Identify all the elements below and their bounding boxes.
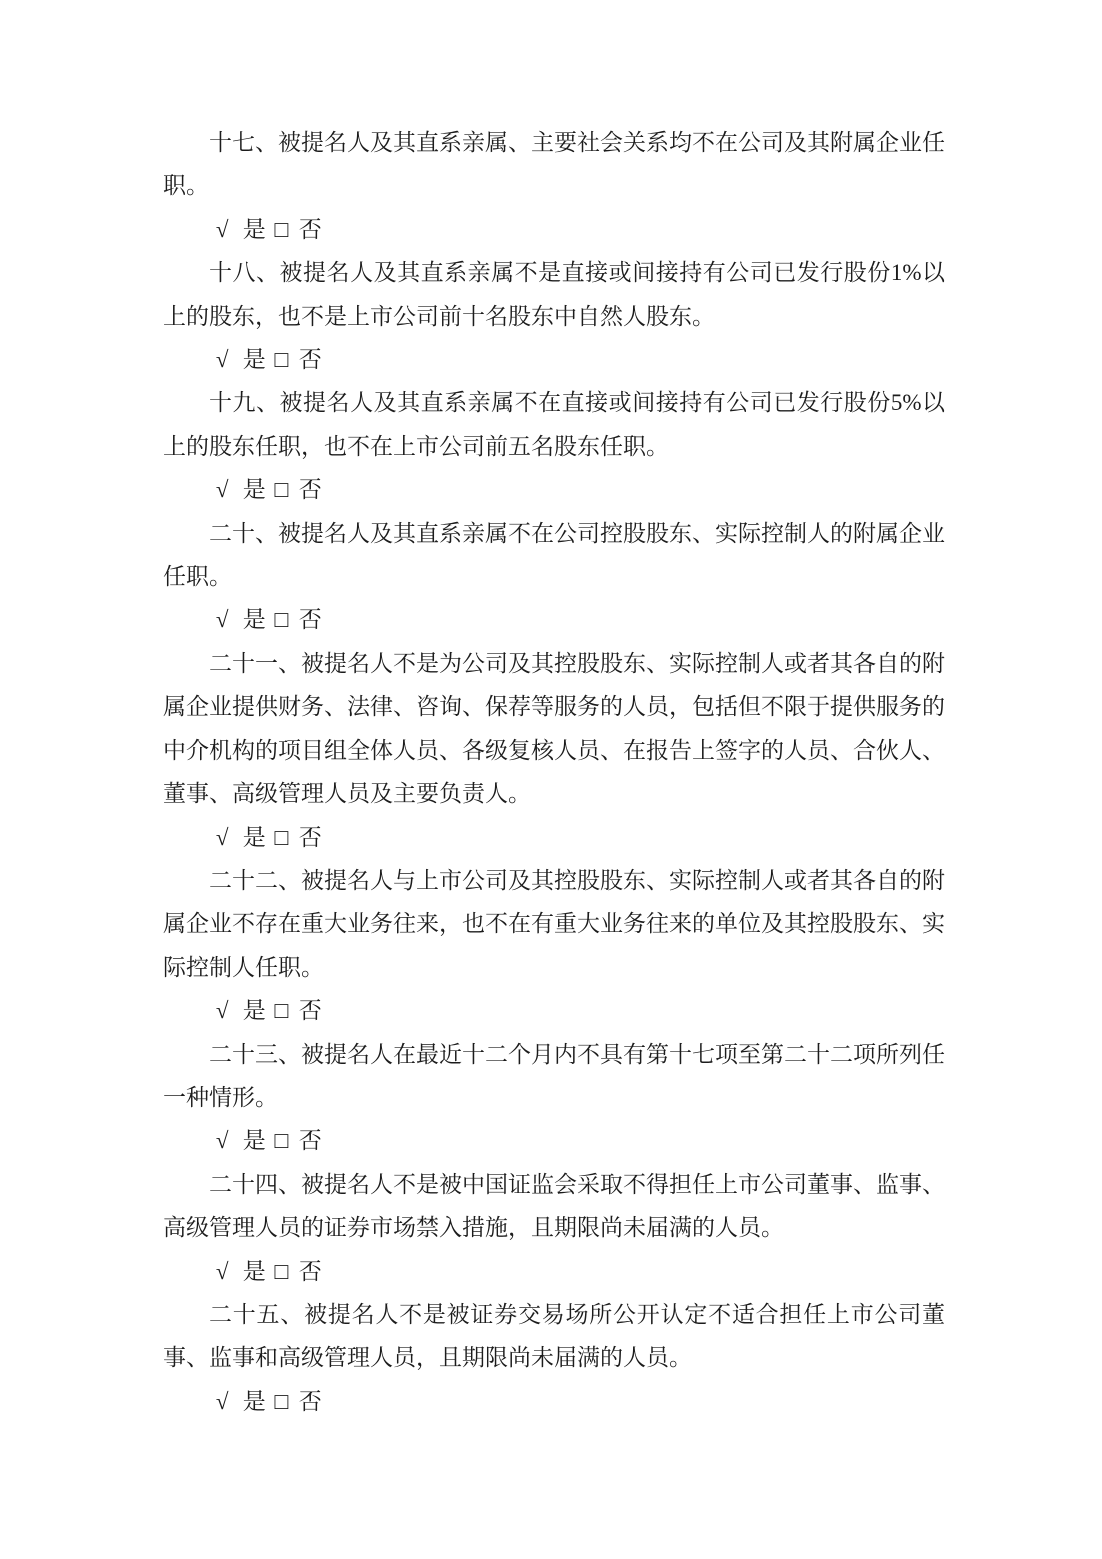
no-checkbox-icon[interactable]: □ xyxy=(275,998,289,1023)
item-22-answer-row: √是□否 xyxy=(163,989,945,1032)
declaration-item-21: 二十一、被提名人不是为公司及其控股股东、实际控制人或者其各自的附属企业提供财务、… xyxy=(163,642,945,859)
item-24-answer-row: √是□否 xyxy=(163,1250,945,1293)
no-checkbox-icon[interactable]: □ xyxy=(275,1259,289,1284)
item-23-answer-row: √是□否 xyxy=(163,1119,945,1162)
yes-label: 是 xyxy=(243,607,266,632)
yes-label: 是 xyxy=(243,1128,266,1153)
declaration-item-18: 十八、被提名人及其直系亲属不是直接或间接持有公司已发行股份1%以上的股东，也不是… xyxy=(163,251,945,381)
yes-label: 是 xyxy=(243,825,266,850)
declaration-item-17: 十七、被提名人及其直系亲属、主要社会关系均不在公司及其附属企业任职。 √是□否 xyxy=(163,121,945,251)
item-21-text: 二十一、被提名人不是为公司及其控股股东、实际控制人或者其各自的附属企业提供财务、… xyxy=(163,642,945,816)
no-label: 否 xyxy=(299,825,322,850)
declaration-item-23: 二十三、被提名人在最近十二个月内不具有第十七项至第二十二项所列任一种情形。 √是… xyxy=(163,1033,945,1163)
no-label: 否 xyxy=(299,347,322,372)
no-label: 否 xyxy=(299,1389,322,1414)
yes-label: 是 xyxy=(243,1259,266,1284)
yes-checkmark-icon[interactable]: √ xyxy=(216,607,229,632)
yes-label: 是 xyxy=(243,1389,266,1414)
no-checkbox-icon[interactable]: □ xyxy=(275,347,289,372)
item-17-answer-row: √是□否 xyxy=(163,208,945,251)
no-label: 否 xyxy=(299,217,322,242)
no-label: 否 xyxy=(299,1128,322,1153)
item-22-text: 二十二、被提名人与上市公司及其控股股东、实际控制人或者其各自的附属企业不存在重大… xyxy=(163,859,945,989)
yes-checkmark-icon[interactable]: √ xyxy=(216,998,229,1023)
item-20-text: 二十、被提名人及其直系亲属不在公司控股股东、实际控制人的附属企业任职。 xyxy=(163,512,945,599)
yes-checkmark-icon[interactable]: √ xyxy=(216,217,229,242)
no-label: 否 xyxy=(299,1259,322,1284)
item-19-answer-row: √是□否 xyxy=(163,468,945,511)
declaration-item-22: 二十二、被提名人与上市公司及其控股股东、实际控制人或者其各自的附属企业不存在重大… xyxy=(163,859,945,1033)
no-label: 否 xyxy=(299,477,322,502)
item-17-text: 十七、被提名人及其直系亲属、主要社会关系均不在公司及其附属企业任职。 xyxy=(163,121,945,208)
no-checkbox-icon[interactable]: □ xyxy=(275,607,289,632)
declaration-item-19: 十九、被提名人及其直系亲属不在直接或间接持有公司已发行股份5%以上的股东任职，也… xyxy=(163,381,945,511)
no-checkbox-icon[interactable]: □ xyxy=(275,1128,289,1153)
item-25-answer-row: √是□否 xyxy=(163,1380,945,1423)
no-checkbox-icon[interactable]: □ xyxy=(275,477,289,502)
yes-checkmark-icon[interactable]: √ xyxy=(216,477,229,502)
yes-label: 是 xyxy=(243,998,266,1023)
no-label: 否 xyxy=(299,607,322,632)
item-20-answer-row: √是□否 xyxy=(163,598,945,641)
item-24-text: 二十四、被提名人不是被中国证监会采取不得担任上市公司董事、监事、高级管理人员的证… xyxy=(163,1163,945,1250)
no-checkbox-icon[interactable]: □ xyxy=(275,1389,289,1414)
yes-label: 是 xyxy=(243,217,266,242)
item-21-answer-row: √是□否 xyxy=(163,816,945,859)
yes-checkmark-icon[interactable]: √ xyxy=(216,1259,229,1284)
yes-checkmark-icon[interactable]: √ xyxy=(216,1389,229,1414)
item-25-text: 二十五、被提名人不是被证券交易场所公开认定不适合担任上市公司董事、监事和高级管理… xyxy=(163,1293,945,1380)
no-checkbox-icon[interactable]: □ xyxy=(275,825,289,850)
declaration-item-25: 二十五、被提名人不是被证券交易场所公开认定不适合担任上市公司董事、监事和高级管理… xyxy=(163,1293,945,1423)
document-page: 十七、被提名人及其直系亲属、主要社会关系均不在公司及其附属企业任职。 √是□否 … xyxy=(0,0,1102,1559)
yes-checkmark-icon[interactable]: √ xyxy=(216,347,229,372)
item-23-text: 二十三、被提名人在最近十二个月内不具有第十七项至第二十二项所列任一种情形。 xyxy=(163,1033,945,1120)
declaration-item-20: 二十、被提名人及其直系亲属不在公司控股股东、实际控制人的附属企业任职。 √是□否 xyxy=(163,512,945,642)
yes-checkmark-icon[interactable]: √ xyxy=(216,1128,229,1153)
declaration-item-24: 二十四、被提名人不是被中国证监会采取不得担任上市公司董事、监事、高级管理人员的证… xyxy=(163,1163,945,1293)
yes-checkmark-icon[interactable]: √ xyxy=(216,825,229,850)
item-19-text: 十九、被提名人及其直系亲属不在直接或间接持有公司已发行股份5%以上的股东任职，也… xyxy=(163,381,945,468)
yes-label: 是 xyxy=(243,477,266,502)
no-label: 否 xyxy=(299,998,322,1023)
no-checkbox-icon[interactable]: □ xyxy=(275,217,289,242)
yes-label: 是 xyxy=(243,347,266,372)
item-18-text: 十八、被提名人及其直系亲属不是直接或间接持有公司已发行股份1%以上的股东，也不是… xyxy=(163,251,945,338)
item-18-answer-row: √是□否 xyxy=(163,338,945,381)
